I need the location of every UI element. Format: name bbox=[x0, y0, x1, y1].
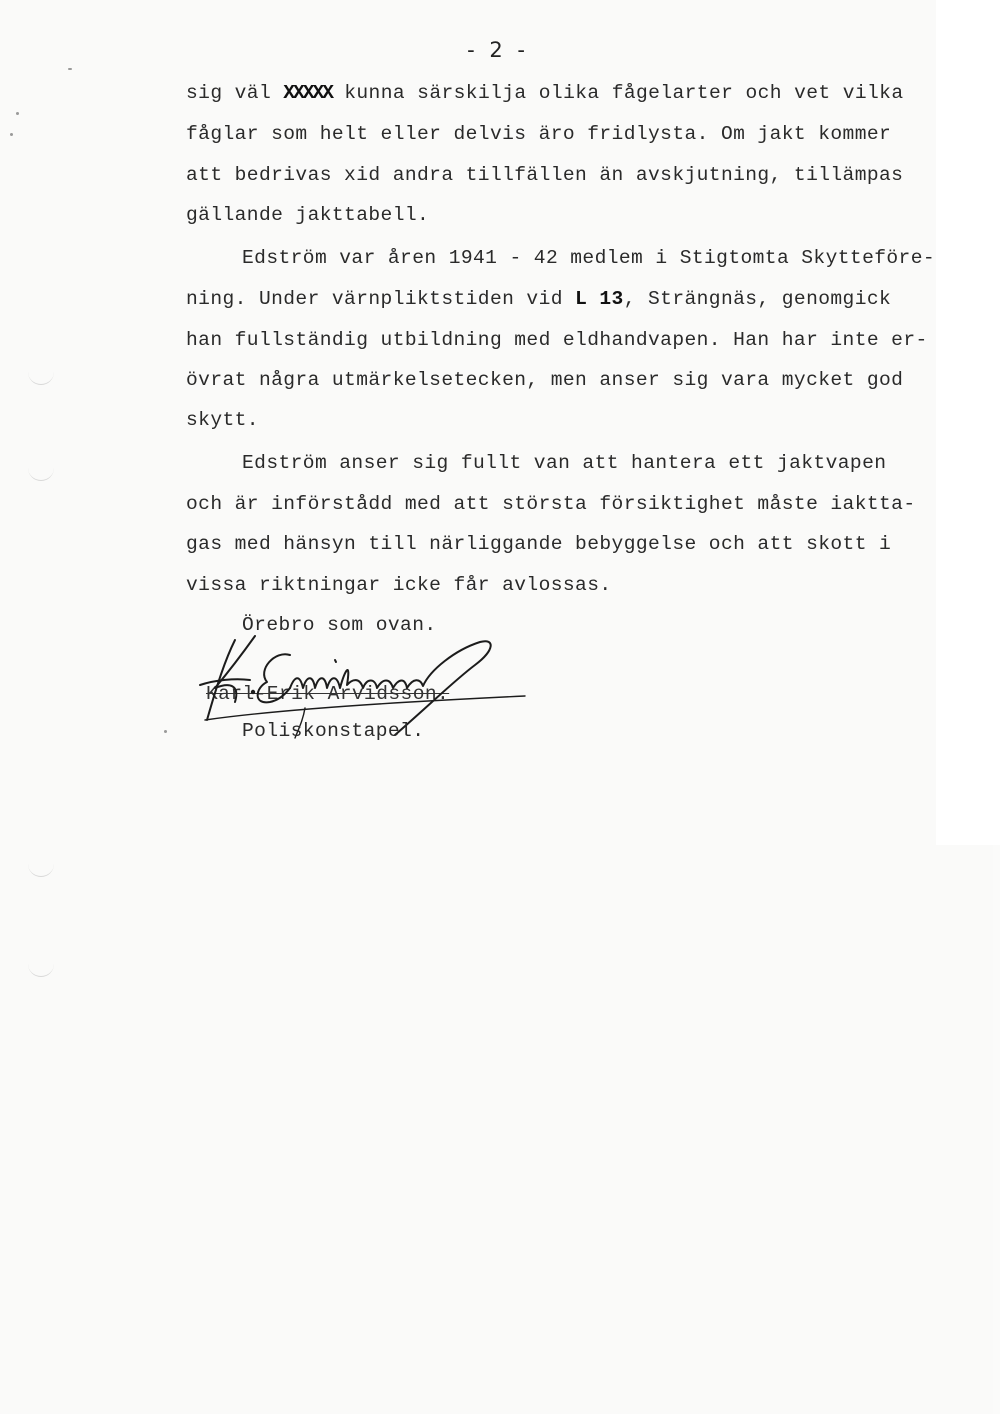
scan-speck bbox=[16, 112, 19, 115]
text-line: gas med hänsyn till närliggande bebyggel… bbox=[186, 533, 891, 555]
text-line: gällande jakttabell. bbox=[186, 204, 429, 226]
text-line: han fullständig utbildning med eldhandva… bbox=[186, 329, 928, 351]
text-line: Edström anser sig fullt van att hantera … bbox=[242, 452, 886, 474]
text-segment: ning. Under värnpliktstiden vid bbox=[186, 288, 575, 310]
struck-out-text: XXXXX bbox=[283, 82, 332, 104]
text-line: Edström var åren 1941 - 42 medlem i Stig… bbox=[242, 247, 935, 269]
document-page: - 2 - sig väl XXXXX kunna särskilja olik… bbox=[0, 0, 1000, 1414]
text-line: skytt. bbox=[186, 409, 259, 431]
text-segment: , Strängnäs, genomgick bbox=[624, 288, 891, 310]
text-segment: kunna särskilja olika fågelarter och vet… bbox=[332, 82, 903, 104]
regiment-code: L 13 bbox=[575, 288, 624, 310]
scan-speck bbox=[164, 730, 167, 733]
text-line: sig väl XXXXX kunna särskilja olika fåge… bbox=[186, 82, 904, 104]
text-line: vissa riktningar icke får avlossas. bbox=[186, 574, 612, 596]
text-line: övrat några utmärkelsetecken, men anser … bbox=[186, 369, 903, 391]
text-line: fåglar som helt eller delvis äro fridlys… bbox=[186, 123, 891, 145]
scan-speck bbox=[10, 133, 13, 136]
scan-edge bbox=[936, 0, 1000, 845]
scan-speck bbox=[68, 68, 72, 70]
text-line: ning. Under värnpliktstiden vid L 13, St… bbox=[186, 288, 891, 310]
text-line: att bedrivas xid andra tillfällen än avs… bbox=[186, 164, 903, 186]
text-segment: sig väl bbox=[186, 82, 283, 104]
page-number: - 2 - bbox=[467, 38, 529, 62]
text-line: och är införstådd med att största försik… bbox=[186, 493, 916, 515]
signatory-title: Poliskonstapel. bbox=[242, 720, 424, 742]
scan-background-lower bbox=[0, 845, 993, 1414]
